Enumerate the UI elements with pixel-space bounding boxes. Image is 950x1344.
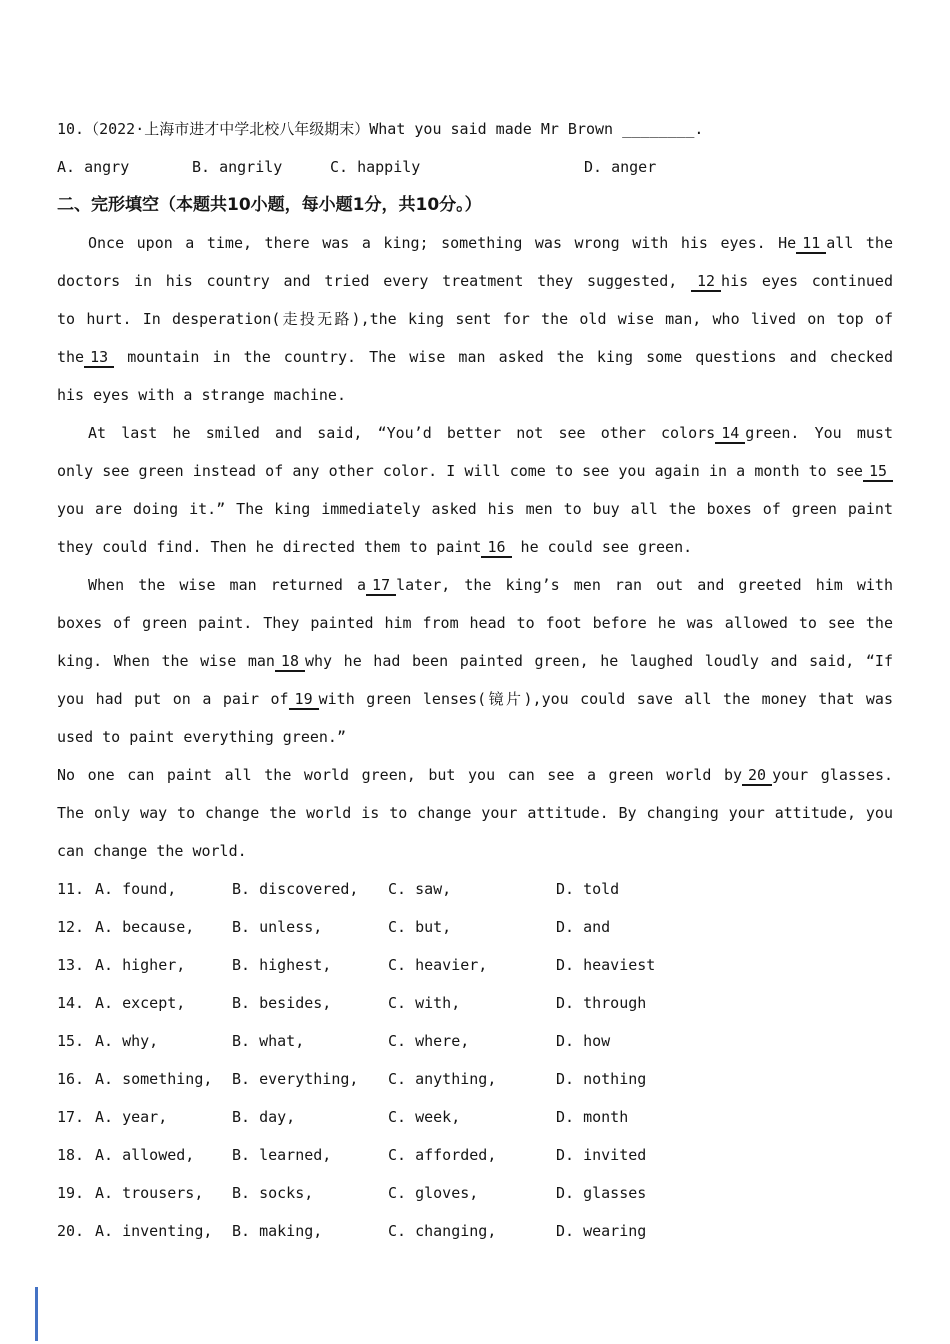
option-c: C. week, [388, 1098, 556, 1136]
options-row-12: 12.A. because,B. unless,C. but,D. and [57, 908, 893, 946]
passage-line: only see green instead of any other colo… [57, 452, 893, 490]
passage-line: No one can paint all the world green, bu… [57, 756, 893, 794]
passage-line: can change the world. [57, 832, 893, 870]
options-row-20: 20.A. inventing,B. making,C. changing,D.… [57, 1212, 893, 1250]
option-c: C. saw, [388, 870, 556, 908]
option-b: B. making, [232, 1212, 388, 1250]
option-d: D. month [556, 1098, 893, 1136]
passage-line: king. When the wise man18why he had been… [57, 642, 893, 680]
passage-line: At last he smiled and said, “You’d bette… [57, 414, 893, 452]
passage-line: his eyes with a strange machine. [57, 376, 893, 414]
option-a: A. trousers, [95, 1174, 232, 1212]
option-a: A. inventing, [95, 1212, 232, 1250]
cloze-blank-17: 17 [366, 576, 396, 596]
q10-option-b: B. angrily [192, 148, 330, 186]
option-a: A. higher, [95, 946, 232, 984]
option-d: D. through [556, 984, 893, 1022]
passage-line: the13 mountain in the country. The wise … [57, 338, 893, 376]
option-a: A. why, [95, 1022, 232, 1060]
option-c: C. with, [388, 984, 556, 1022]
cloze-blank-19: 19 [289, 690, 319, 710]
passage-line: to hurt. In desperation(走投无路),the king s… [57, 300, 893, 338]
option-d: D. nothing [556, 1060, 893, 1098]
option-a: A. year, [95, 1098, 232, 1136]
option-a: A. except, [95, 984, 232, 1022]
cloze-blank-14: 14 [715, 424, 745, 444]
option-c: C. gloves, [388, 1174, 556, 1212]
question-number: 11. [57, 870, 95, 908]
option-d: D. heaviest [556, 946, 893, 984]
question-number: 14. [57, 984, 95, 1022]
question-10-options-row: A. angryB. angrilyC. happilyD. anger [57, 148, 893, 186]
option-c: C. where, [388, 1022, 556, 1060]
option-b: B. socks, [232, 1174, 388, 1212]
cloze-blank-20: 20 [742, 766, 772, 786]
option-c: C. anything, [388, 1060, 556, 1098]
options-row-13: 13.A. higher,B. highest,C. heavier,D. he… [57, 946, 893, 984]
question-10-stem: 10.（2022·上海市进才中学北校八年级期末）What you said ma… [57, 110, 893, 148]
option-b: B. discovered, [232, 870, 388, 908]
cloze-blank-13: 13 [84, 348, 114, 368]
option-a: A. something, [95, 1060, 232, 1098]
option-b: B. day, [232, 1098, 388, 1136]
option-d: D. glasses [556, 1174, 893, 1212]
options-row-14: 14.A. except,B. besides,C. with,D. throu… [57, 984, 893, 1022]
passage-line: they could find. Then he directed them t… [57, 528, 893, 566]
option-b: B. everything, [232, 1060, 388, 1098]
question-number: 13. [57, 946, 95, 984]
question-number: 15. [57, 1022, 95, 1060]
question-number: 16. [57, 1060, 95, 1098]
option-d: D. invited [556, 1136, 893, 1174]
question-number: 17. [57, 1098, 95, 1136]
option-d: D. how [556, 1022, 893, 1060]
passage-line: Once upon a time, there was a king; some… [57, 224, 893, 262]
question-number: 20. [57, 1212, 95, 1250]
passage-line: boxes of green paint. They painted him f… [57, 604, 893, 642]
option-b: B. highest, [232, 946, 388, 984]
passage-line: The only way to change the world is to c… [57, 794, 893, 832]
option-c: C. heavier, [388, 946, 556, 984]
cloze-blank-15: 15 [863, 462, 893, 482]
passage-line: used to paint everything green.” [57, 718, 893, 756]
option-d: D. and [556, 908, 893, 946]
option-a: A. allowed, [95, 1136, 232, 1174]
q10-option-a: A. angry [57, 148, 192, 186]
cloze-blank-18: 18 [275, 652, 305, 672]
option-a: A. found, [95, 870, 232, 908]
option-b: B. besides, [232, 984, 388, 1022]
options-row-18: 18.A. allowed,B. learned,C. afforded,D. … [57, 1136, 893, 1174]
question-number: 12. [57, 908, 95, 946]
cloze-blank-11: 11 [796, 234, 826, 254]
option-c: C. afforded, [388, 1136, 556, 1174]
options-row-11: 11.A. found,B. discovered,C. saw,D. told [57, 870, 893, 908]
cloze-blank-16: 16 [481, 538, 511, 558]
passage-line: you had put on a pair of19with green len… [57, 680, 893, 718]
option-b: B. unless, [232, 908, 388, 946]
options-row-15: 15.A. why,B. what,C. where,D. how [57, 1022, 893, 1060]
q10-option-c: C. happily [330, 148, 584, 186]
option-b: B. what, [232, 1022, 388, 1060]
cloze-options-table: 11.A. found,B. discovered,C. saw,D. told… [57, 870, 893, 1250]
options-row-19: 19.A. trousers,B. socks,C. gloves,D. gla… [57, 1174, 893, 1212]
passage-line: you are doing it.” The king immediately … [57, 490, 893, 528]
q10-option-d: D. anger [584, 148, 893, 186]
option-d: D. wearing [556, 1212, 893, 1250]
cursor-mark [35, 1287, 38, 1341]
passage-line: doctors in his country and tried every t… [57, 262, 893, 300]
option-d: D. told [556, 870, 893, 908]
section-heading: 二、完形填空（本题共10小题，每小题1分，共10分。） [57, 186, 893, 224]
options-row-17: 17.A. year,B. day,C. week,D. month [57, 1098, 893, 1136]
options-row-16: 16.A. something,B. everything,C. anythin… [57, 1060, 893, 1098]
option-b: B. learned, [232, 1136, 388, 1174]
option-c: C. changing, [388, 1212, 556, 1250]
cloze-blank-12: 12 [691, 272, 721, 292]
question-number: 18. [57, 1136, 95, 1174]
question-number: 19. [57, 1174, 95, 1212]
option-a: A. because, [95, 908, 232, 946]
exam-page: 10.（2022·上海市进才中学北校八年级期末）What you said ma… [0, 0, 950, 1344]
passage-line: When the wise man returned a17later, the… [57, 566, 893, 604]
cloze-passage: Once upon a time, there was a king; some… [57, 224, 893, 870]
option-c: C. but, [388, 908, 556, 946]
